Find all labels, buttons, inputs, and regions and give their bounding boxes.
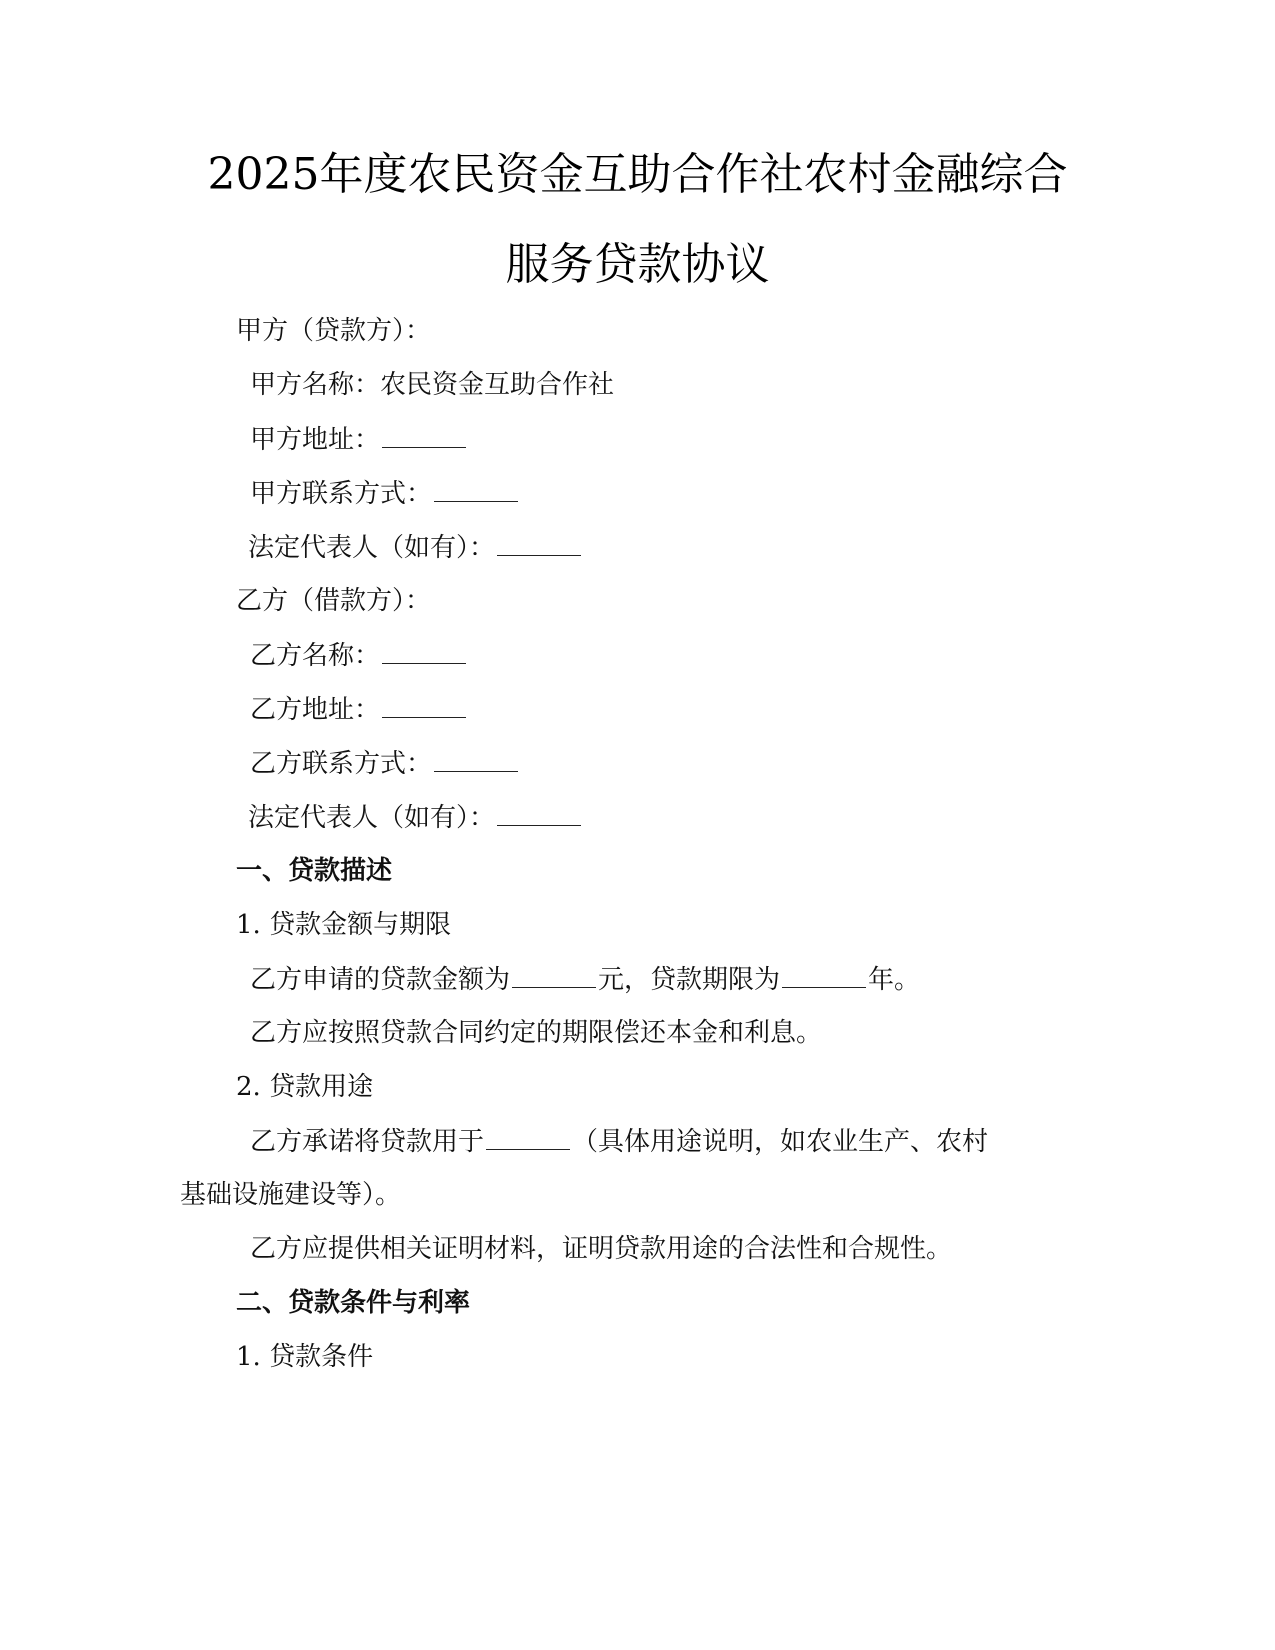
party-a-name-label: 甲方名称： xyxy=(250,370,380,400)
party-a-rep-row: 法定代表人（如有）： xyxy=(248,531,583,564)
loan-amount-blank xyxy=(512,963,596,988)
party-a-rep-label: 法定代表人（如有）： xyxy=(248,533,495,563)
loan-purpose-blank xyxy=(486,1125,570,1150)
loan-term-unit: 年。 xyxy=(868,965,920,995)
loan-purpose-text: 乙方承诺将贷款用于 xyxy=(250,1127,484,1157)
party-a-contact-blank xyxy=(434,477,518,502)
document-title-line-2: 服务贷款协议 xyxy=(0,240,1275,290)
section-1-item-2-title: 2. 贷款用途 xyxy=(236,1071,373,1103)
loan-term-text: 元，贷款期限为 xyxy=(598,965,780,995)
party-a-address-row: 甲方地址： xyxy=(250,423,468,456)
party-b-name-label: 乙方名称： xyxy=(250,641,380,671)
party-b-address-row: 乙方地址： xyxy=(250,693,468,726)
section-1-item-1-paragraph-2: 乙方应按照贷款合同约定的期限偿还本金和利息。 xyxy=(250,1017,822,1049)
party-b-rep-blank xyxy=(497,801,581,826)
section-2-item-1-title: 1. 贷款条件 xyxy=(236,1341,373,1373)
loan-term-blank xyxy=(782,963,866,988)
party-b-address-blank xyxy=(382,693,466,718)
party-b-address-label: 乙方地址： xyxy=(250,695,380,725)
party-b-rep-row: 法定代表人（如有）： xyxy=(248,801,583,834)
party-b-heading: 乙方（借款方）： xyxy=(236,585,431,617)
section-1-item-1-title: 1. 贷款金额与期限 xyxy=(236,909,451,941)
party-b-contact-row: 乙方联系方式： xyxy=(250,747,520,780)
party-a-rep-blank xyxy=(497,531,581,556)
section-1-item-2-paragraph-1-cont: 基础设施建设等）。 xyxy=(180,1179,401,1211)
party-a-contact-row: 甲方联系方式： xyxy=(250,477,520,510)
party-a-name-value: 农民资金互助合作社 xyxy=(380,370,614,400)
party-a-name-row: 甲方名称：农民资金互助合作社 xyxy=(250,369,614,401)
section-1-item-1-paragraph-1: 乙方申请的贷款金额为元，贷款期限为年。 xyxy=(250,963,920,996)
section-2-heading: 二、贷款条件与利率 xyxy=(236,1287,470,1319)
loan-amount-text: 乙方申请的贷款金额为 xyxy=(250,965,510,995)
party-a-contact-label: 甲方联系方式： xyxy=(250,479,432,509)
party-b-contact-label: 乙方联系方式： xyxy=(250,749,432,779)
party-a-address-blank xyxy=(382,423,466,448)
section-1-item-2-paragraph-1: 乙方承诺将贷款用于（具体用途说明，如农业生产、农村 xyxy=(250,1125,988,1158)
party-b-name-blank xyxy=(382,639,466,664)
party-b-rep-label: 法定代表人（如有）： xyxy=(248,803,495,833)
section-1-item-2-paragraph-2: 乙方应提供相关证明材料，证明贷款用途的合法性和合规性。 xyxy=(250,1233,952,1265)
party-b-contact-blank xyxy=(434,747,518,772)
party-a-heading: 甲方（贷款方）： xyxy=(236,315,431,347)
party-a-address-label: 甲方地址： xyxy=(250,425,380,455)
loan-purpose-note: （具体用途说明，如农业生产、农村 xyxy=(572,1127,988,1157)
document-title-line-1: 2025年度农民资金互助合作社农村金融综合 xyxy=(0,150,1275,200)
section-1-heading: 一、贷款描述 xyxy=(236,855,392,887)
party-b-name-row: 乙方名称： xyxy=(250,639,468,672)
